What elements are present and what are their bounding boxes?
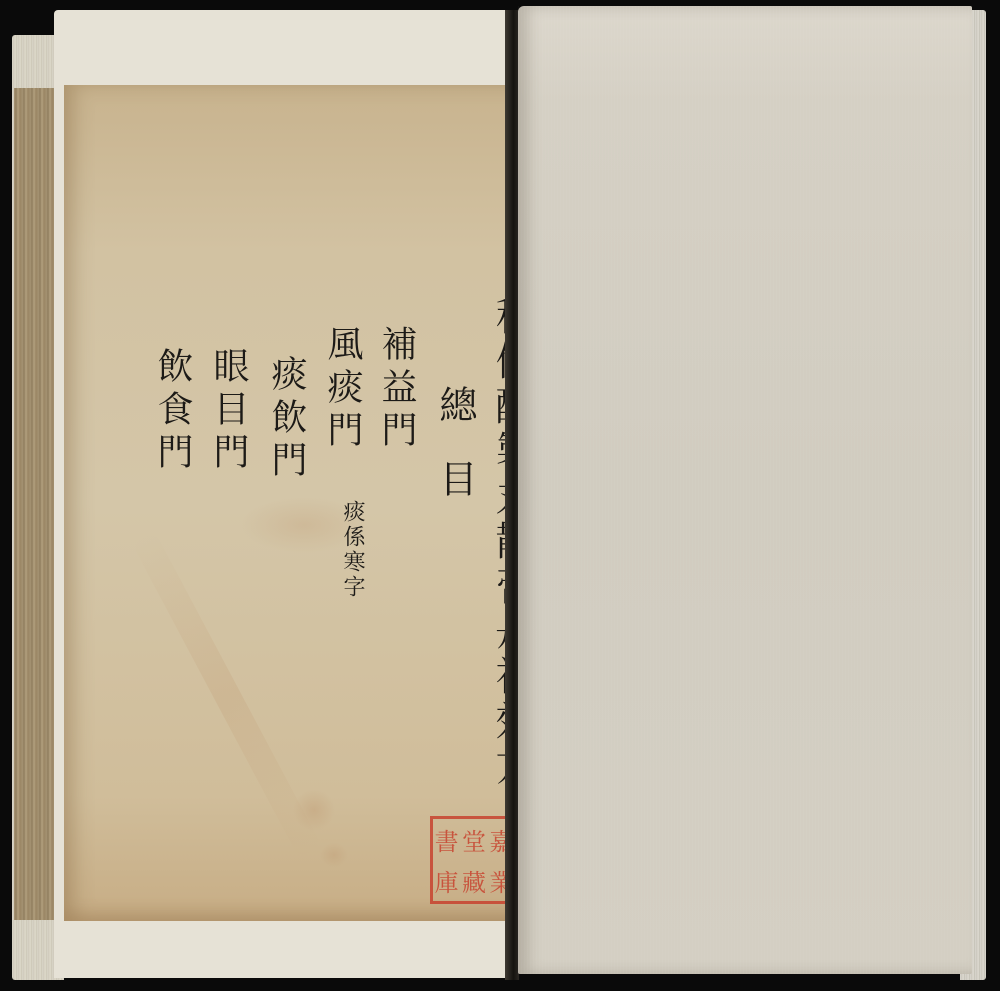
right-blank-page xyxy=(518,6,972,974)
heading-char-1: 總 xyxy=(433,385,477,429)
toc-entry-2: 風痰門 xyxy=(324,325,360,454)
section-heading: 總目 xyxy=(436,385,474,503)
seal-char: 庫 xyxy=(433,863,460,898)
seal-char: 堂 xyxy=(460,822,487,857)
seal-char: 藏 xyxy=(460,863,487,898)
water-stain xyxy=(131,530,323,860)
left-volume: 秘傳配製丸散膏丹神效方 總目 補益門 風痰門 痰係寒字 痰飲門 眼目門 飲食門 … xyxy=(10,10,518,985)
heading-char-2: 目 xyxy=(433,459,477,503)
toc-entry-1: 補益門 xyxy=(378,325,414,454)
toc-entry-5: 飲食門 xyxy=(154,347,190,476)
toc-entry-2-note: 痰係寒字 xyxy=(341,500,363,600)
seal-char: 書 xyxy=(433,822,460,857)
book-gutter xyxy=(505,10,519,980)
toc-entry-3: 痰飲門 xyxy=(268,355,304,484)
left-page: 秘傳配製丸散膏丹神效方 總目 補益門 風痰門 痰係寒字 痰飲門 眼目門 飲食門 xyxy=(64,85,518,921)
toc-entry-4: 眼目門 xyxy=(210,347,246,476)
